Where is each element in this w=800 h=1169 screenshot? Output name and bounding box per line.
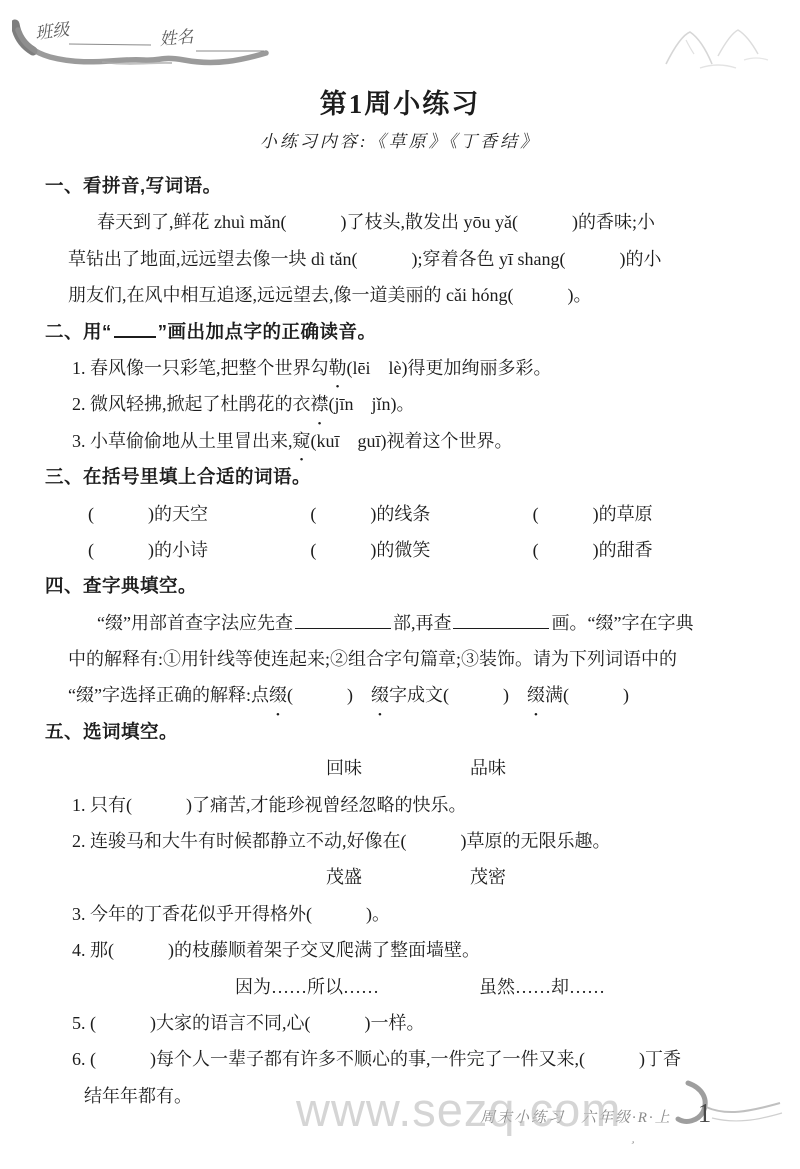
section-2-item-3: 3. 小草偷偷地从土里冒出来,窥(kuī guī)视着这个世界。 bbox=[45, 423, 755, 459]
section-2-item-1: 1. 春风像一只彩笔,把整个世界勾勒(lēi lè)得更加绚丽多彩。 bbox=[45, 350, 755, 386]
underline-blank bbox=[114, 320, 156, 338]
section-3-row-1: ( )的天空 ( )的线条 ( )的草原 bbox=[45, 496, 755, 532]
underline-blank[interactable] bbox=[295, 612, 391, 629]
section-2-item-2: 2. 微风轻拂,掀起了杜鹃花的衣襟(jīn jǐn)。 bbox=[45, 386, 755, 422]
section-4-line-3: “缀”字选择正确的解释:点缀( ) 缀字成文( ) 缀满( ) bbox=[45, 677, 755, 713]
word-bank-option: 品味 bbox=[470, 750, 506, 786]
word-bank-2: 茂盛 茂密 bbox=[45, 859, 755, 895]
section-5-item-4: 4. 那( )的枝藤顺着架子交叉爬满了整面墙壁。 bbox=[45, 932, 755, 968]
section-2-heading-post: ”画出加点字的正确读音。 bbox=[158, 321, 377, 342]
section-5-item-6: 6. ( )每个人一辈子都有许多不顺心的事,一件完了一件又来,( )丁香 bbox=[45, 1041, 755, 1077]
class-blank-line[interactable] bbox=[69, 44, 151, 45]
body-text: 字成文( ) bbox=[389, 685, 527, 705]
section-1-line-1: 春天到了,鲜花 zhuì mǎn( )了枝头,散发出 yōu yǎ( )的香味;… bbox=[45, 204, 755, 240]
fill-blank-phrase[interactable]: ( )的小诗 bbox=[88, 532, 310, 568]
fill-blank-phrase[interactable]: ( )的天空 bbox=[88, 496, 310, 532]
section-4-heading: 四、查字典填空。 bbox=[45, 568, 755, 604]
item-text: (lēi lè)得更加绚丽多彩。 bbox=[347, 358, 552, 378]
body-text: 满( ) bbox=[545, 685, 629, 705]
section-5-item-1: 1. 只有( )了痛苦,才能珍视曾经忽略的快乐。 bbox=[45, 787, 755, 823]
brush-stroke-icon: 班级 姓名 bbox=[12, 18, 284, 76]
item-text: (kuī guī)视着这个世界。 bbox=[311, 431, 513, 451]
fill-blank-phrase[interactable]: ( )的甜香 bbox=[533, 532, 755, 568]
name-label: 姓名 bbox=[159, 27, 196, 49]
word-bank-1: 回味 品味 bbox=[45, 750, 755, 786]
class-label: 班级 bbox=[34, 20, 72, 43]
emphasized-char: 缀 bbox=[269, 677, 287, 713]
section-4-line-2: 中的解释有:①用针线等使连起来;②组合字句篇章;③装饰。请为下列词语中的 bbox=[45, 641, 755, 677]
watermark: www.sezq.com bbox=[296, 1082, 621, 1137]
page-subtitle: 小练习内容:《草原》《丁香结》 bbox=[45, 124, 755, 160]
body-text: 部,再查 bbox=[393, 613, 452, 633]
section-2-heading: 二、用“”画出加点字的正确读音。 bbox=[45, 314, 755, 350]
mountains-icon bbox=[648, 16, 782, 78]
page-title: 第1周小练习 bbox=[45, 84, 755, 124]
section-3-heading: 三、在括号里填上合适的词语。 bbox=[45, 459, 755, 495]
word-bank-3: 因为……所以…… 虽然……却…… bbox=[45, 969, 755, 1005]
section-1-line-3: 朋友们,在风中相互追逐,远远望去,像一道美丽的 cǎi hóng( )。 bbox=[45, 277, 755, 313]
section-5-item-3: 3. 今年的丁香花似乎开得格外( )。 bbox=[45, 896, 755, 932]
emphasized-char: 窥 bbox=[293, 423, 311, 459]
item-text: (jīn jǐn)。 bbox=[329, 394, 415, 414]
body-text: 画。“缀”字在字典 bbox=[551, 613, 693, 633]
word-bank-option: 虽然……却…… bbox=[479, 969, 605, 1005]
section-1-heading: 一、看拼音,写词语。 bbox=[45, 168, 755, 204]
word-bank-option: 茂密 bbox=[470, 859, 506, 895]
underline-blank[interactable] bbox=[453, 612, 549, 629]
emphasized-char: 襟 bbox=[311, 386, 329, 422]
word-bank-option: 因为……所以…… bbox=[235, 969, 379, 1005]
emphasized-char: 勒 bbox=[329, 350, 347, 386]
section-1-line-2: 草钻出了地面,远远望去像一块 dì tǎn( );穿着各色 yī shang( … bbox=[45, 241, 755, 277]
item-text: 2. 微风轻拂,掀起了杜鹃花的衣 bbox=[72, 394, 311, 414]
worksheet-page: 班级 姓名 第1周小练习 小练习内容:《草原》《丁香结》 一、看拼音,写词语。 … bbox=[0, 0, 800, 1169]
section-5-item-2: 2. 连骏马和大牛有时候都静立不动,好像在( )草原的无限乐趣。 bbox=[45, 823, 755, 859]
section-5-item-5: 5. ( )大家的语言不同,心( )一样。 bbox=[45, 1005, 755, 1041]
section-5-heading: 五、选词填空。 bbox=[45, 714, 755, 750]
section-4-line-1: “缀”用部首查字法应先查部,再查画。“缀”字在字典 bbox=[45, 605, 755, 641]
emphasized-char: 缀 bbox=[527, 677, 545, 713]
page-number: 1 bbox=[698, 1098, 712, 1129]
body-text: ( ) bbox=[287, 685, 371, 705]
item-text: 1. 春风像一只彩笔,把整个世界勾 bbox=[72, 358, 329, 378]
word-bank-option: 回味 bbox=[326, 750, 362, 786]
section-3-row-2: ( )的小诗 ( )的微笑 ( )的甜香 bbox=[45, 532, 755, 568]
emphasized-char: 缀 bbox=[371, 677, 389, 713]
fill-blank-phrase[interactable]: ( )的草原 bbox=[533, 496, 755, 532]
fill-blank-phrase[interactable]: ( )的线条 bbox=[310, 496, 532, 532]
fill-blank-phrase[interactable]: ( )的微笑 bbox=[310, 532, 532, 568]
body-text: “缀”字选择正确的解释:点 bbox=[68, 685, 269, 705]
body-text: “缀”用部首查字法应先查 bbox=[97, 613, 293, 633]
item-text: 3. 小草偷偷地从土里冒出来, bbox=[72, 431, 293, 451]
section-2-heading-pre: 二、用“ bbox=[45, 321, 112, 342]
word-bank-option: 茂盛 bbox=[326, 859, 362, 895]
